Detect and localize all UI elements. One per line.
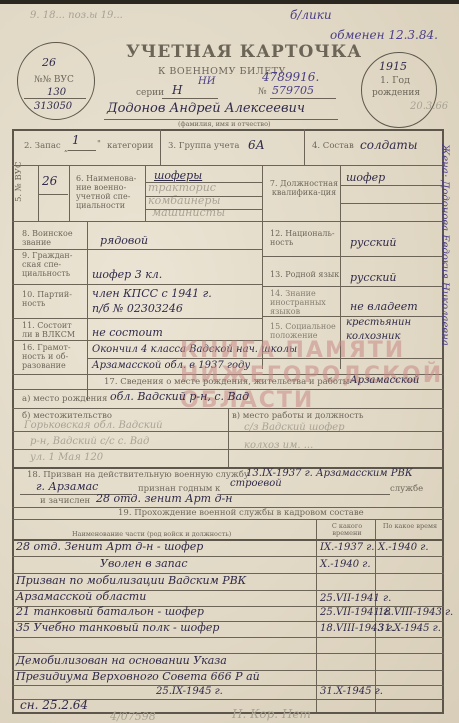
ticket-number: 579705 bbox=[272, 84, 314, 97]
full-name: Додонов Андрей Алексеевич bbox=[107, 101, 305, 116]
series-value-overwrite: НИ bbox=[198, 76, 215, 87]
table-row-unit: Уволен в запас bbox=[100, 557, 188, 570]
table-row-unit: 25.IX-1945 г. bbox=[156, 686, 223, 697]
birthplace-label: а) место рождения bbox=[22, 394, 107, 404]
foreign-languages: не владеет bbox=[350, 300, 418, 313]
accounting-group: 6А bbox=[248, 138, 265, 152]
series-value: Н bbox=[172, 83, 182, 97]
field-7-label: 7. Должностная квалифика-ция bbox=[268, 179, 340, 197]
table-row-from: IX.-1937 г. bbox=[320, 542, 375, 553]
vus-number: 26 bbox=[42, 174, 57, 188]
name-caption: (фамилия, имя и отчество) bbox=[178, 121, 271, 128]
bottom-faded-note: Н. Кор. Нет bbox=[232, 707, 311, 721]
field-11-label: 11. Состоит ли в ВЛКСМ bbox=[22, 321, 84, 339]
reserve-category: 1 bbox=[72, 133, 80, 147]
service-table-title: 19. Прохождение военной службы в кадрово… bbox=[118, 508, 364, 518]
military-rank: рядовой bbox=[100, 234, 148, 247]
fit-value: строевой bbox=[230, 478, 282, 489]
field-10-label: 10. Партий-ность bbox=[22, 290, 84, 308]
table-row-unit: 35 Учебно танковый полк - шофер bbox=[16, 621, 219, 634]
enrolled-label: и зачислен bbox=[40, 496, 90, 506]
conscription-city: г. Арзамас bbox=[36, 480, 98, 493]
table-row-unit: Демобилизован на основании Указа bbox=[16, 654, 227, 667]
specialty-faded-3: машинисты bbox=[152, 206, 225, 219]
fit-suffix: службе bbox=[390, 484, 423, 494]
field-17-header-value: Арзамасской bbox=[350, 375, 419, 386]
vus-bottom-value: 313050 bbox=[34, 101, 72, 112]
field-4-label: 4. Состав bbox=[312, 141, 354, 151]
party-membership: член КПСС с 1941 г. bbox=[92, 287, 212, 300]
table-row-from: 25.VII-1941 г. bbox=[320, 593, 391, 604]
field-13-label: 13. Родной язык bbox=[270, 270, 339, 279]
residence-faded-1: Горьковская обл. Вадский bbox=[24, 420, 163, 431]
number-label: № bbox=[258, 87, 267, 97]
table-row-unit: Арзамасской области bbox=[16, 590, 146, 603]
table-row-to: X.-1940 г. bbox=[378, 542, 429, 553]
field-6-label: 6. Наименова-ние военно-учетной спе-циал… bbox=[76, 174, 142, 210]
komsomol-status: не состоит bbox=[92, 326, 163, 339]
field-17-label: 17. Сведения о месте рождения, жительств… bbox=[104, 377, 349, 387]
field-8-label: 8. Воинское звание bbox=[22, 229, 84, 247]
right-margin-note: Жена: Додонова Евдокия Николаевна bbox=[439, 144, 450, 346]
top-right-note-line1: б/лики bbox=[290, 8, 332, 22]
birth-year: 1915 bbox=[379, 60, 407, 73]
nationality: русский bbox=[350, 236, 396, 249]
birth-label-1: 1. Год bbox=[380, 75, 410, 86]
party-card: п/б № 02303246 bbox=[92, 302, 183, 315]
card-title: УЧЕТНАЯ КАРТОЧКА bbox=[126, 42, 362, 62]
table-row-to: 31.X-1945 г. bbox=[378, 623, 441, 634]
position-qualification: шофер bbox=[346, 171, 385, 184]
table-row-unit: Призван по мобилизации Вадским РВК bbox=[16, 574, 246, 587]
column-header-to: По какое время bbox=[380, 523, 440, 530]
composition: солдаты bbox=[360, 138, 418, 152]
table-row-unit: сн. 25.2.64 bbox=[20, 698, 88, 712]
residence-faded-3: ул. 1 Мая 120 bbox=[30, 452, 103, 463]
birth-label-2: рождения bbox=[372, 88, 420, 98]
vus-top-value: 26 bbox=[42, 56, 56, 69]
registration-card: 9. 18... поз.ы 19... б/лики обменен 12.3… bbox=[0, 4, 459, 723]
column-header-from: С какого времени bbox=[322, 523, 372, 537]
field-12-label: 12. Националь-ность bbox=[270, 229, 336, 247]
field-2-label-prefix: 2. Запас bbox=[24, 141, 61, 151]
vus-middle-value: 130 bbox=[47, 87, 66, 98]
bottom-faded-number: 4/07598 bbox=[110, 710, 156, 723]
top-faded-note: 9. 18... поз.ы 19... bbox=[30, 10, 123, 21]
table-row-unit: 21 танковый батальон - шофер bbox=[16, 605, 204, 618]
field-14-label: 14. Знание иностранных языков bbox=[270, 289, 338, 316]
social-status-1: крестьянин bbox=[346, 317, 411, 328]
vus-label: №№ ВУС bbox=[34, 75, 74, 85]
table-row-unit: 28 отд. Зенит Арт д-н - шофер bbox=[16, 540, 203, 553]
field-3-label: 3. Группа учета bbox=[168, 141, 239, 151]
field-9-label: 9. Граждан-ская спе-циальность bbox=[22, 251, 84, 278]
field-2-label-suffix: категории bbox=[107, 141, 153, 151]
ticket-number-handwritten: 4789916. bbox=[262, 70, 319, 84]
field-16-label: 16. Грамот-ность и об-разование bbox=[22, 343, 84, 370]
birth-faded-note: 20.3.66 bbox=[410, 101, 448, 112]
table-row-from: 31.X-1945 г. bbox=[320, 686, 383, 697]
native-language: русский bbox=[350, 271, 396, 284]
field-18-label: 18. Призван на действительную военную сл… bbox=[27, 470, 249, 480]
table-row-from: X.-1940 г. bbox=[320, 559, 371, 570]
enrolled-value: 28 отд. зенит Арт д-н bbox=[96, 492, 233, 505]
table-row-to: 18.VIII-1943 г. bbox=[378, 607, 453, 618]
residence-faded-2: р-н, Вадский с/с с. Вад bbox=[30, 436, 149, 447]
civil-specialty: шофер 3 кл. bbox=[92, 268, 162, 281]
field-5-label: 5. № ВУС bbox=[14, 162, 24, 202]
table-row-unit: Президиума Верховного Совета 666 Р ай bbox=[16, 670, 260, 683]
work-label: в) место работы и должность bbox=[232, 411, 363, 421]
column-header-unit: Наименование части (род войск и должност… bbox=[72, 531, 231, 538]
top-right-note-line2: обменен 12.3.84. bbox=[330, 28, 438, 42]
series-label: серии bbox=[136, 88, 164, 98]
birthplace: обл. Вадский р-н, с. Вад bbox=[110, 390, 249, 403]
